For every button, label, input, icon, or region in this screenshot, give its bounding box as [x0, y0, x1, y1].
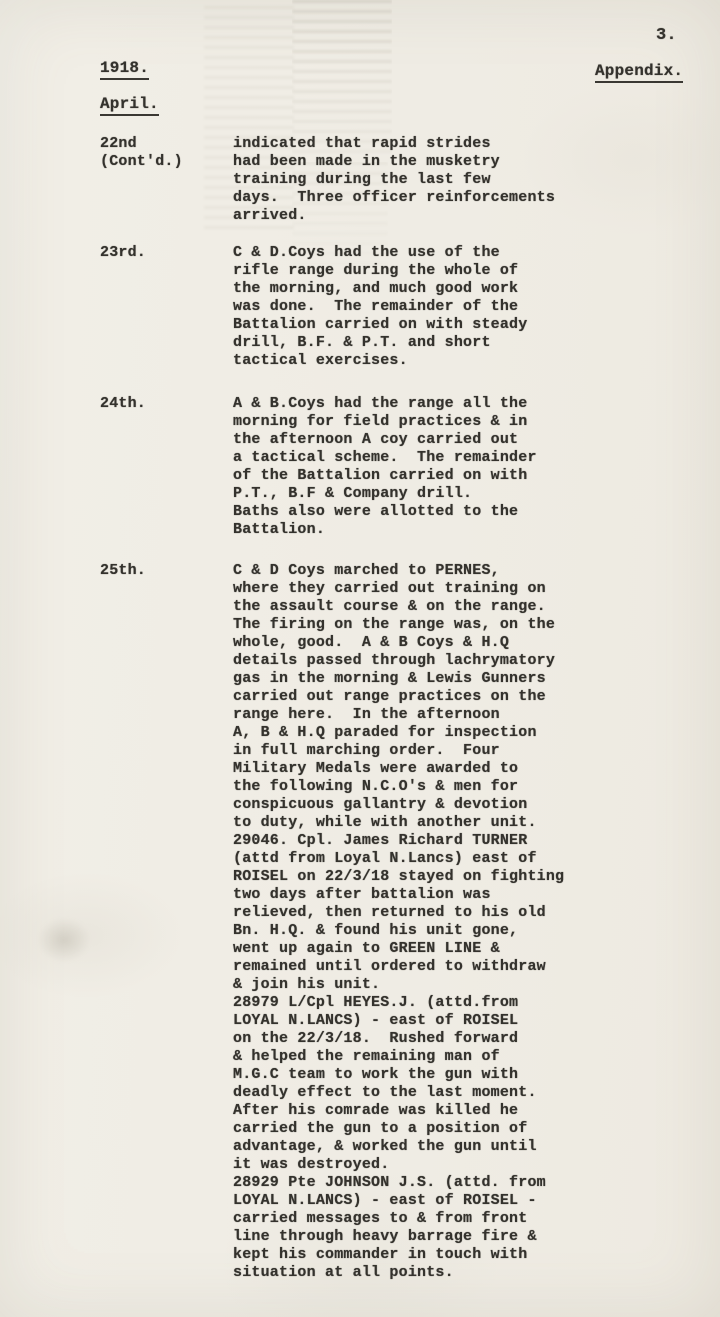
entry-date: 24th.: [100, 395, 233, 413]
diary-entry-23rd: 23rd. C & D.Coys had the use of the rifl…: [100, 244, 666, 370]
entry-body: C & D.Coys had the use of the rifle rang…: [233, 244, 666, 370]
month-heading: April.: [100, 94, 159, 114]
diary-entry-24th: 24th. A & B.Coys had the range all the m…: [100, 395, 666, 539]
document-page: 3. 1918. Appendix. April. 22nd (Cont'd.)…: [0, 0, 720, 1317]
appendix-heading-text: Appendix.: [595, 62, 683, 83]
entry-body: A & B.Coys had the range all the morning…: [233, 395, 666, 539]
diary-entry-22nd: 22nd (Cont'd.) indicated that rapid stri…: [100, 135, 666, 225]
entry-date: 22nd (Cont'd.): [100, 135, 233, 171]
year-heading: 1918.: [100, 58, 149, 78]
entry-date: 25th.: [100, 562, 233, 580]
year-heading-text: 1918.: [100, 59, 149, 80]
page-number-text: 3.: [656, 26, 677, 45]
entry-body: indicated that rapid strides had been ma…: [233, 135, 666, 225]
paper-smudge: [38, 918, 90, 962]
appendix-heading: Appendix.: [595, 61, 683, 81]
month-heading-text: April.: [100, 95, 159, 116]
entry-date: 23rd.: [100, 244, 233, 262]
page-number: 3.: [656, 26, 677, 46]
entry-body: C & D Coys marched to PERNES, where they…: [233, 562, 666, 1282]
diary-entry-25th: 25th. C & D Coys marched to PERNES, wher…: [100, 562, 666, 1282]
